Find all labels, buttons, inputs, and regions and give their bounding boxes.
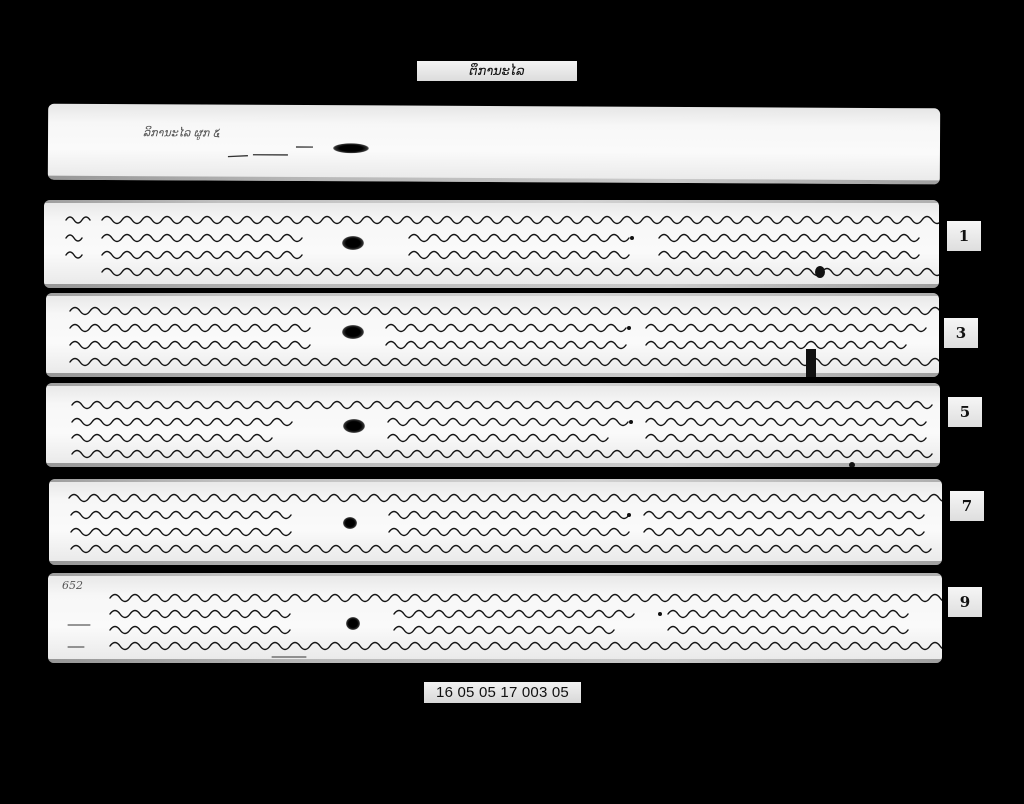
manuscript-leaf-5 [46, 383, 940, 467]
catalog-id-label: 16 05 05 17 003 05 [424, 682, 581, 703]
page-number-tag-3: 3 [944, 318, 978, 348]
handwritten-script-lines [48, 573, 942, 663]
page-number: 7 [962, 497, 972, 515]
page-number-tag-9: 9 [948, 587, 982, 617]
handwritten-script-lines [46, 383, 940, 467]
manuscript-title: ຕຶການະໄລ [469, 64, 524, 79]
page-number-tag-7: 7 [950, 491, 984, 521]
handwritten-script-lines [46, 293, 939, 377]
page-number: 1 [959, 227, 969, 245]
catalog-id: 16 05 05 17 003 05 [436, 684, 569, 701]
manuscript-title-label: ຕຶການະໄລ [417, 61, 577, 81]
page-number: 5 [960, 403, 970, 421]
manuscript-leaf-7 [49, 479, 942, 565]
manuscript-leaf-3 [46, 293, 939, 377]
manuscript-leaf-9: 652 [48, 573, 942, 663]
cover-leaf: ລິການະໄລ ຜູກ ໕ [48, 104, 940, 185]
handwritten-script-lines [44, 200, 939, 288]
handwritten-script-lines [49, 479, 942, 565]
manuscript-leaf-1 [44, 200, 939, 288]
page-number: 3 [956, 324, 966, 342]
leaf-stain-marks [48, 104, 940, 185]
page-number: 9 [960, 593, 970, 611]
page-number-tag-1: 1 [947, 221, 981, 251]
page-number-tag-5: 5 [948, 397, 982, 427]
